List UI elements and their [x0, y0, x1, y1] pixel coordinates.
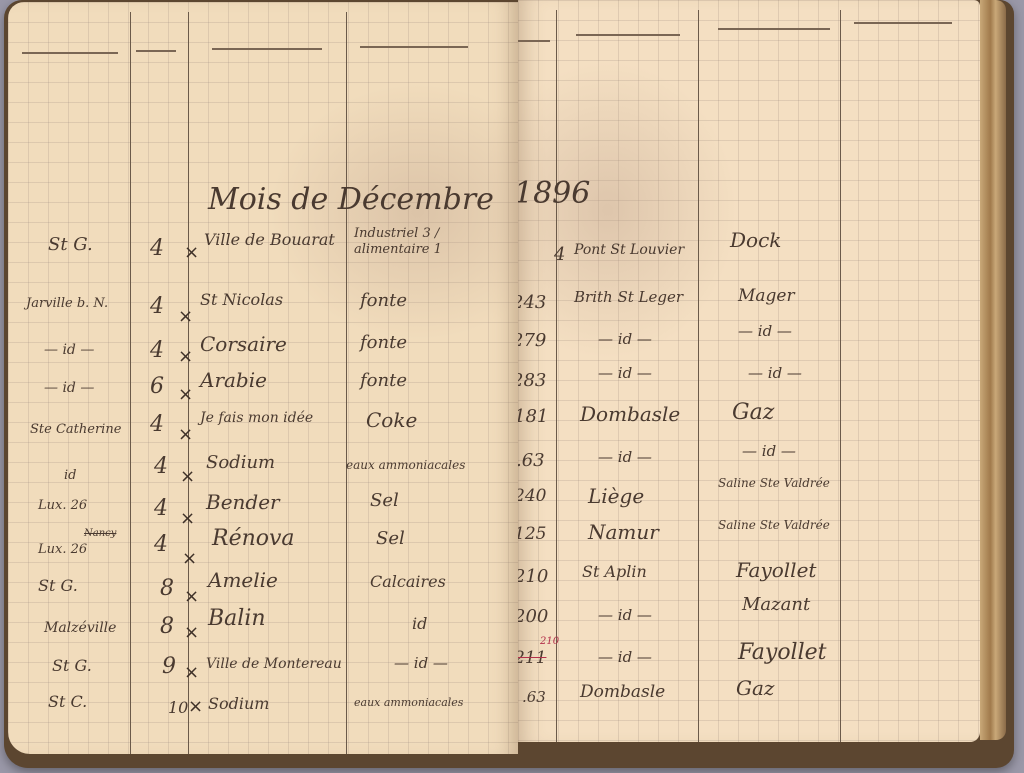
- header-rule: [360, 46, 468, 48]
- vessel: Je fais mon idée: [200, 410, 313, 426]
- cargo: fonte: [360, 290, 407, 311]
- origin: Lux. 26: [38, 542, 87, 557]
- destination: — id —: [598, 330, 652, 348]
- origin: — id —: [44, 380, 94, 396]
- check-mark: ×: [178, 384, 193, 405]
- cargo: — id —: [394, 654, 448, 672]
- check-mark: ×: [184, 662, 199, 683]
- consignee: Gaz: [732, 400, 774, 425]
- vessel: Rénova: [212, 526, 295, 551]
- day: 4: [150, 412, 164, 437]
- origin: Jarville b. N.: [26, 296, 108, 311]
- check-mark: ×: [184, 242, 199, 263]
- origin: St C.: [48, 692, 87, 711]
- column-rule-destination: [698, 10, 699, 742]
- destination: Dombasle: [580, 682, 665, 702]
- check-mark: ×: [178, 424, 193, 445]
- check-mark: ×: [178, 306, 193, 327]
- day: 4: [154, 496, 168, 521]
- cargo: Industriel 3 / alimentaire 1: [354, 226, 484, 258]
- day: 4: [154, 532, 168, 557]
- destination: St Aplin: [582, 562, 647, 581]
- check-mark: ×: [182, 548, 197, 569]
- destination: Liège: [588, 484, 644, 508]
- quantity: 279: [518, 330, 546, 351]
- day: 10: [168, 698, 188, 717]
- cargo: id: [412, 614, 427, 633]
- quantity: 211: [518, 648, 546, 668]
- cargo: fonte: [360, 370, 407, 391]
- vessel: Arabie: [200, 368, 267, 392]
- header-rule: [518, 40, 550, 42]
- consignee: Gaz: [736, 676, 774, 700]
- destination: — id —: [598, 648, 652, 666]
- consignee: — id —: [738, 322, 792, 340]
- cargo: Sel: [370, 490, 399, 511]
- vessel: Corsaire: [200, 332, 287, 356]
- cargo: Calcaires: [370, 572, 446, 591]
- right-page: 1896 4 Pont St Louvier Dock 243 Brith St…: [518, 0, 980, 742]
- header-rule: [212, 48, 322, 50]
- quantity: 283: [518, 370, 546, 391]
- day: 4: [150, 338, 164, 363]
- column-rule-origin: [130, 12, 131, 754]
- check-mark: ×: [180, 466, 195, 487]
- destination: Dombasle: [580, 402, 680, 426]
- day: 4: [150, 236, 164, 261]
- vessel: Amelie: [208, 568, 278, 592]
- vessel: Balin: [208, 606, 266, 631]
- cargo: eaux ammoniacales: [354, 696, 463, 709]
- consignee: Mazant: [742, 594, 810, 615]
- quantity: 240: [518, 486, 546, 506]
- consignee: Mager: [738, 286, 795, 306]
- destination: — id —: [598, 364, 652, 382]
- origin: — id —: [44, 342, 94, 358]
- origin: Ste Catherine: [30, 422, 121, 437]
- origin: St G.: [52, 656, 92, 675]
- destination: — id —: [598, 606, 652, 624]
- consignee: Saline Ste Valdrée: [718, 518, 830, 532]
- cargo: Sel: [376, 528, 405, 549]
- vessel: Ville de Bouarat: [204, 230, 335, 249]
- heading-month: Mois de Décembre: [208, 182, 494, 217]
- column-rule-qty: [556, 10, 557, 742]
- left-page: Mois de Décembre St G. 4 × Ville de Boua…: [8, 2, 518, 754]
- origin: Lux. 26: [38, 498, 87, 513]
- quantity: 4: [554, 244, 565, 265]
- quantity: 210: [518, 566, 548, 587]
- header-rule: [718, 28, 830, 30]
- quantity: 125: [518, 524, 546, 544]
- check-mark: ×: [184, 586, 199, 607]
- column-rule-consignee: [840, 10, 841, 742]
- day: 8: [160, 614, 174, 639]
- consignee: Fayollet: [738, 640, 827, 665]
- consignee: Saline Ste Valdrée: [718, 476, 830, 490]
- cargo: fonte: [360, 332, 407, 353]
- consignee: — id —: [748, 364, 802, 382]
- header-rule: [576, 34, 680, 36]
- vessel: Bender: [206, 490, 280, 514]
- consignee: Fayollet: [736, 558, 816, 582]
- struck-origin: Nancy: [84, 528, 116, 539]
- cargo: eaux ammoniacales: [346, 458, 465, 472]
- origin: id: [64, 468, 76, 483]
- destination: Brith St Leger: [574, 288, 683, 306]
- vessel: Ville de Montereau: [206, 656, 342, 672]
- header-rule: [136, 50, 176, 52]
- quantity-correction: 210: [540, 636, 559, 647]
- destination: Pont St Louvier: [574, 242, 684, 258]
- heading-year: 1896: [518, 176, 590, 211]
- quantity: 243: [518, 292, 546, 313]
- consignee: Dock: [730, 228, 781, 252]
- day: 9: [162, 654, 176, 679]
- quantity: .63: [522, 688, 546, 706]
- consignee: — id —: [742, 442, 796, 460]
- destination: Namur: [588, 520, 659, 544]
- vessel: Sodium: [208, 694, 269, 713]
- column-rule-vessel: [346, 12, 347, 754]
- quantity: .63: [518, 450, 545, 471]
- check-mark: ×: [180, 508, 195, 529]
- day: 4: [154, 454, 168, 479]
- day: 4: [150, 294, 164, 319]
- destination: — id —: [598, 448, 652, 466]
- origin: St G.: [48, 234, 93, 255]
- vessel: St Nicolas: [200, 290, 283, 309]
- check-mark: ×: [188, 696, 203, 717]
- header-rule: [22, 52, 118, 54]
- day: 6: [150, 374, 164, 399]
- cargo: Coke: [366, 408, 417, 432]
- page-edges: [980, 0, 1006, 740]
- origin: Malzéville: [44, 620, 116, 636]
- header-rule: [854, 22, 952, 24]
- vessel: Sodium: [206, 452, 275, 473]
- quantity: 200: [518, 606, 548, 627]
- day: 8: [160, 576, 174, 601]
- check-mark: ×: [178, 346, 193, 367]
- quantity: 181: [518, 406, 548, 427]
- origin: St G.: [38, 576, 78, 595]
- check-mark: ×: [184, 622, 199, 643]
